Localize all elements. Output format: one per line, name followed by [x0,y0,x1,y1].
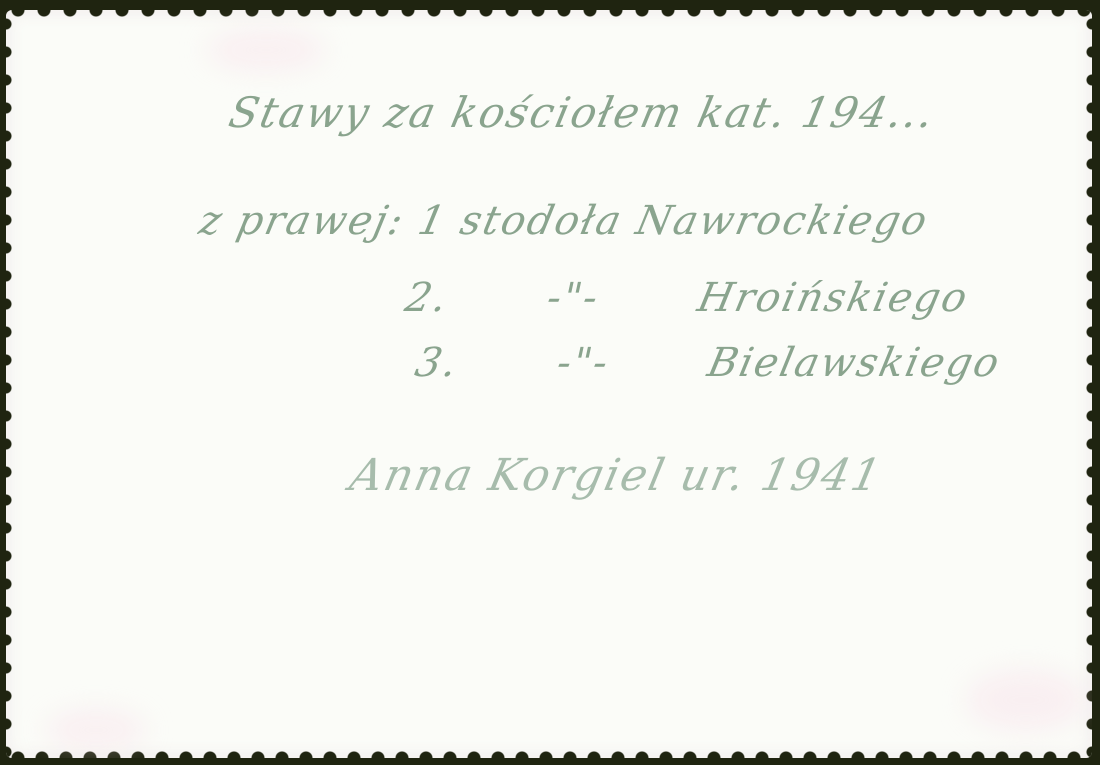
photo-back-card: Stawy za kościołem kat. 194... z prawej:… [6,10,1092,758]
list-number: 2. [401,275,453,321]
paper-stain [966,670,1086,730]
handwritten-line-2: 2. -"- Hroińskiego [401,275,973,321]
list-number: 3. [411,340,463,386]
handwritten-line-title: Stawy za kościołem kat. 194... [225,88,940,137]
deckle-edge-bottom [6,748,1092,758]
owner-name: Hroińskiego [694,275,973,321]
paper-stain [46,710,146,750]
signature: Anna Korgiel ur. 1941 [346,450,888,501]
ditto-mark: -"- [553,340,614,386]
owner-name: Bielawskiego [704,340,1005,386]
handwritten-line-3: 3. -"- Bielawskiego [411,340,1005,386]
deckle-edge-right [1084,10,1092,758]
deckle-edge-left [6,10,14,758]
deckle-edge-top [6,10,1092,20]
paper-stain [206,30,326,70]
ditto-mark: -"- [543,275,604,321]
handwritten-line-1: z prawej: 1 stodoła Nawrockiego [195,198,933,244]
